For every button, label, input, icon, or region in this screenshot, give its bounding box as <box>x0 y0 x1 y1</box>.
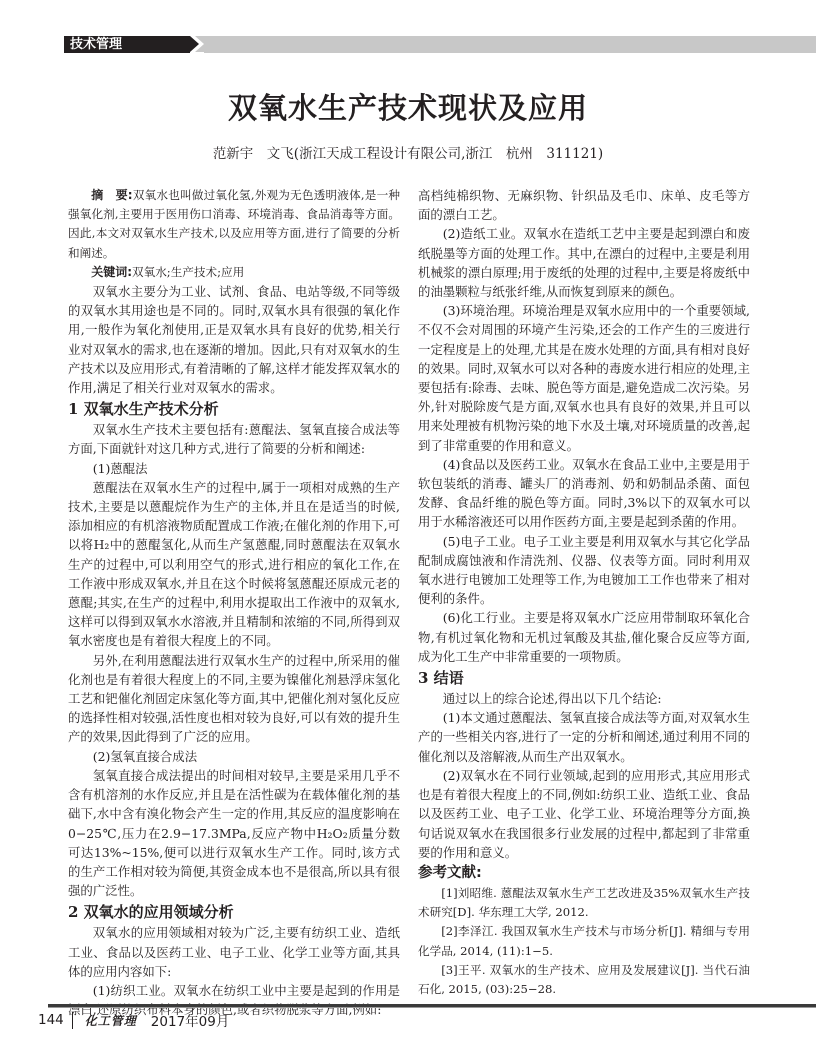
section-2-intro: 双氧水的应用领域相对较为广泛,主要有纺织工业、造纸工业、食品以及医药工业、电子工… <box>68 923 400 981</box>
section-3-intro: 通过以上的综合论述,得出以下几个结论: <box>418 689 750 708</box>
issue-date: 2017年09月 <box>151 1010 230 1030</box>
section-1-heading: 1 双氧水生产技术分析 <box>68 398 400 420</box>
reference-item: [2]李泽江. 我国双氧水生产技术与市场分析[J]. 精细与专用化学品, 201… <box>418 922 750 960</box>
paragraph: (6)化工行业。主要是将双氧水广泛应用带制取环氧化合物,有机过氧化物和无机过氧酸… <box>418 608 750 666</box>
paragraph: (2)双氧水在不同行业领域,起到的应用形式,其应用形式也是有着很大程度上的不同,… <box>418 766 750 862</box>
article-authors: 范新宇 文飞(浙江天成工程设计有限公司,浙江 杭州 311121) <box>0 142 816 162</box>
keywords: 关键词:双氧水;生产技术;应用 <box>68 263 400 282</box>
section-2-heading: 2 双氧水的应用领域分析 <box>68 901 400 923</box>
reference-item: [1]刘昭维. 蒽醌法双氧水生产工艺改进及35%双氧水生产技术研究[D]. 华东… <box>418 884 750 922</box>
reference-item: [3]王平. 双氧水的生产技术、应用及发展建议[J]. 当代石油石化, 2015… <box>418 961 750 999</box>
section-3-heading: 3 结语 <box>418 667 750 689</box>
paragraph: (3)环境治理。环境治理是双氧水应用中的一个重要领域,不仅不会对周围的环境产生污… <box>418 301 750 455</box>
page-number: 144 <box>38 1012 64 1028</box>
journal-name: 化工管理 <box>85 1012 137 1029</box>
header-arrow-icon <box>190 36 199 52</box>
article-title: 双氧水生产技术现状及应用 <box>0 86 816 127</box>
subsection-1-title: (1)蒽醌法 <box>68 459 400 478</box>
left-column: 摘 要:双氧水也叫做过氧化氢,外观为无色透明液体,是一种强氧化剂,主要用于医用伤… <box>68 186 400 1019</box>
paragraph: 高档纯棉织物、无麻织物、针织品及毛巾、床单、皮毛等方面的漂白工艺。 <box>418 186 750 224</box>
abstract-label: 摘 要: <box>91 188 132 202</box>
keywords-label: 关键词: <box>91 265 132 279</box>
footer-divider <box>72 1012 73 1029</box>
section-header-bar: 技术管理 <box>64 36 816 53</box>
footer-rule <box>48 1004 816 1008</box>
section-label: 技术管理 <box>70 36 122 53</box>
paragraph: 氢氧直接合成法提出的时间相对较早,主要是采用几乎不含有机溶剂的水作反应,并且是在… <box>68 766 400 900</box>
keywords-text: 双氧水;生产技术;应用 <box>132 265 244 279</box>
paragraph: 蒽醌法在双氧水生产的过程中,属于一项相对成熟的生产技术,主要是以蒽醌烷作为生产的… <box>68 478 400 651</box>
header-gray-band <box>204 36 816 53</box>
references-heading: 参考文献: <box>418 862 750 884</box>
paragraph: 另外,在利用蒽醌法进行双氧水生产的过程中,所采用的催化剂也是有着很大程度上的不同… <box>68 651 400 747</box>
paragraph: (1)本文通过蒽醌法、氢氧直接合成法等方面,对双氧水生产的一些相关内容,进行了一… <box>418 708 750 766</box>
paragraph: (2)造纸工业。双氧水在造纸工艺中主要是起到漂白和废纸脱墨等方面的处理工作。其中… <box>418 224 750 301</box>
abstract: 摘 要:双氧水也叫做过氧化氢,外观为无色透明液体,是一种强氧化剂,主要用于医用伤… <box>68 186 400 263</box>
section-1-intro: 双氧水生产技术主要包括有:蒽醌法、氢氧直接合成法等方面,下面就针对这几种方式,进… <box>68 420 400 458</box>
page-footer: 144 化工管理 2017年09月 <box>38 1010 229 1030</box>
right-column: 高档纯棉织物、无麻织物、针织品及毛巾、床单、皮毛等方面的漂白工艺。 (2)造纸工… <box>418 186 750 999</box>
subsection-2-title: (2)氢氧直接合成法 <box>68 747 400 766</box>
paragraph: (4)食品以及医药工业。双氧水在食品工业中,主要是用于软包装纸的消毒、罐头厂的消… <box>418 455 750 532</box>
intro-paragraph: 双氧水主要分为工业、试剂、食品、电站等级,不同等级的双氧水其用途也是不同的。同时… <box>68 282 400 397</box>
paragraph: (5)电子工业。电子工业主要是利用双氧水与其它化学品配制成腐蚀液和作清洗剂、仪器… <box>418 532 750 609</box>
